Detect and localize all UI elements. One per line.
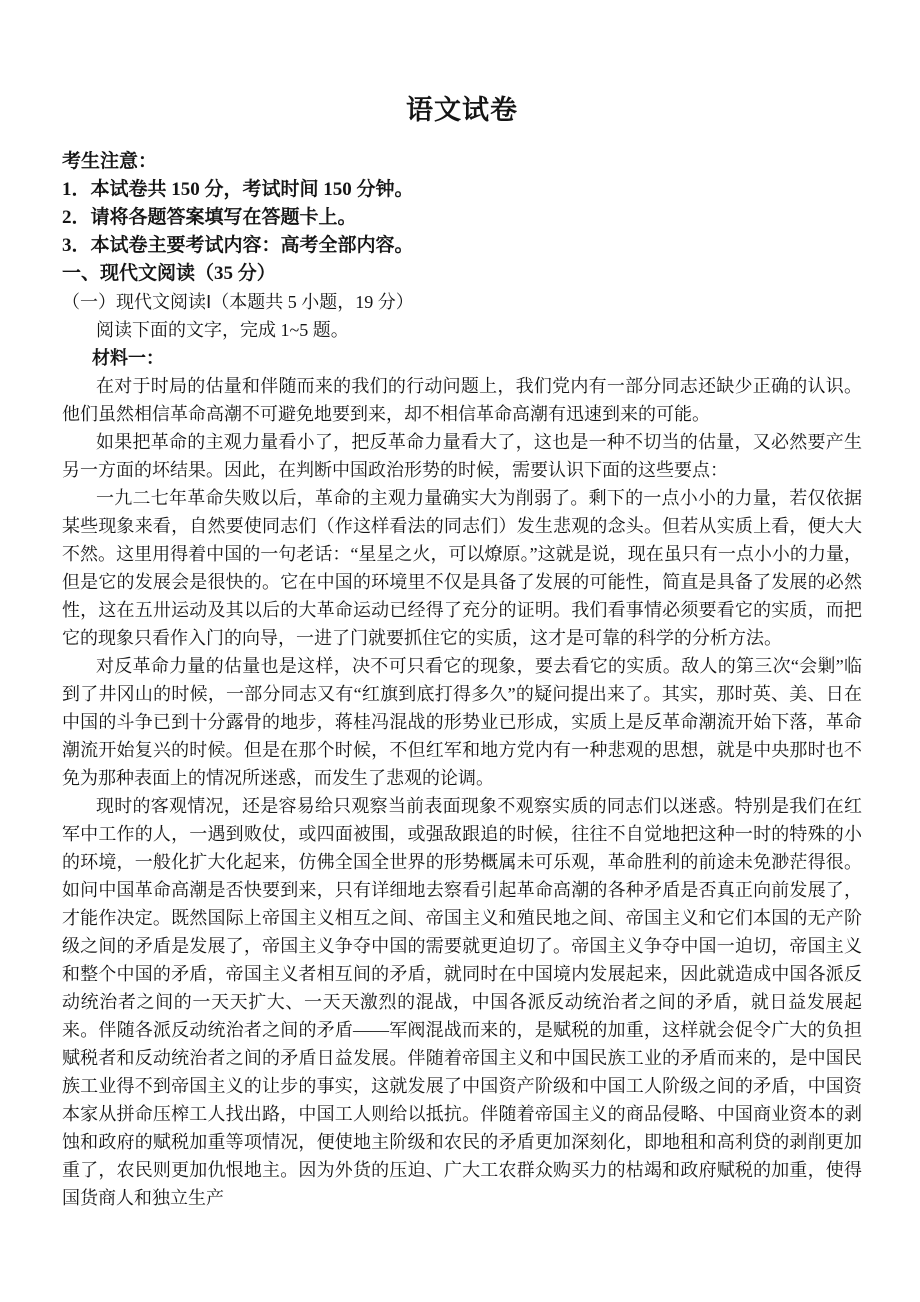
notice-item-2: 2．请将各题答案填写在答题卡上。 bbox=[62, 204, 862, 232]
notice-block: 考生注意： 1．本试卷共 150 分，考试时间 150 分钟。 2．请将各题答案… bbox=[62, 148, 862, 260]
subsection-heading: （一）现代文阅读Ⅰ（本题共 5 小题，19 分） bbox=[62, 288, 862, 316]
body-paragraph-4: 对反革命力量的估量也是这样，决不可只看它的现象，要去看它的实质。敌人的第三次“会… bbox=[62, 652, 862, 792]
exam-page: 语文试卷 考生注意： 1．本试卷共 150 分，考试时间 150 分钟。 2．请… bbox=[0, 0, 920, 1302]
notice-item-1: 1．本试卷共 150 分，考试时间 150 分钟。 bbox=[62, 176, 862, 204]
paper-title: 语文试卷 bbox=[62, 94, 862, 126]
body-paragraph-1: 在对于时局的估量和伴随而来的我们的行动问题上，我们党内有一部分同志还缺少正确的认… bbox=[62, 372, 862, 428]
reading-instruction: 阅读下面的文字，完成 1~5 题。 bbox=[62, 316, 862, 344]
body-paragraph-5: 现时的客观情况，还是容易给只观察当前表面现象不观察实质的同志们以迷惑。特别是我们… bbox=[62, 792, 862, 1212]
notice-item-3: 3．本试卷主要考试内容：高考全部内容。 bbox=[62, 232, 862, 260]
notice-heading: 考生注意： bbox=[62, 148, 862, 176]
section-modern-reading: 一、现代文阅读（35 分） （一）现代文阅读Ⅰ（本题共 5 小题，19 分） 阅… bbox=[62, 260, 862, 1212]
section-heading: 一、现代文阅读（35 分） bbox=[62, 260, 862, 288]
material-label: 材料一： bbox=[62, 344, 862, 372]
body-paragraph-3: 一九二七年革命失败以后，革命的主观力量确实大为削弱了。剩下的一点小小的力量，若仅… bbox=[62, 484, 862, 652]
body-paragraph-2: 如果把革命的主观力量看小了，把反革命力量看大了，这也是一种不切当的估量，又必然要… bbox=[62, 428, 862, 484]
